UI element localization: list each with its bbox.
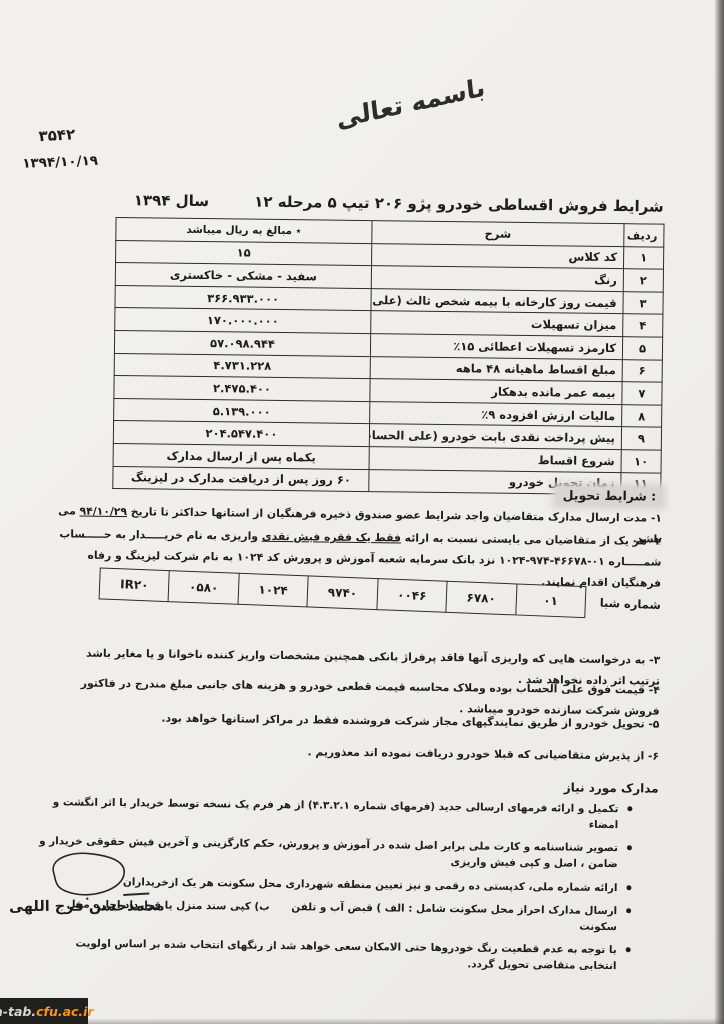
row-number-cell: ۹ xyxy=(621,427,661,450)
description-cell: شروع اقساط xyxy=(369,447,621,473)
description-cell: پیش پرداخت نقدی بابت خودرو (علی الحساب) xyxy=(369,424,621,450)
sheba-cell: ۰۰۴۶ xyxy=(376,578,447,613)
row-number-cell: ۸ xyxy=(622,404,662,427)
value-cell: ۴.۷۳۱.۲۲۸ xyxy=(114,353,370,379)
bank-account-number: ۱۰۲۴-۹۷۴-۴۶۶۷۸-۰۱ xyxy=(499,554,605,568)
document-sheet: باسمه تعالی ۳۵۴۲ ۱۳۹۴/۱۰/۱۹ شرایط فروش ا… xyxy=(0,0,724,1024)
sheba-cell: ۱۰۲۴ xyxy=(237,573,308,608)
value-cell: سفید - مشکی - خاکستری xyxy=(115,263,371,289)
sheba-cell: ۶۷۸۰ xyxy=(445,581,516,616)
scanned-document-page: باسمه تعالی ۳۵۴۲ ۱۳۹۴/۱۰/۱۹ شرایط فروش ا… xyxy=(0,0,724,1024)
handwritten-ref-number: ۳۵۴۲ xyxy=(38,125,76,145)
scan-bottom-shadow xyxy=(0,1018,724,1024)
bismillah-calligraphy: باسمه تعالی xyxy=(335,72,486,133)
sheba-cell: ۰۱ xyxy=(515,583,587,618)
description-cell: بیمه عمر مانده بدهکار xyxy=(370,379,622,405)
row-number-cell: ۱۰ xyxy=(621,450,661,473)
sheba-cell: IR۲۰ xyxy=(99,567,170,602)
note2-text-pre: ۲- هر یک از متقاضیان می بایستی نسبت به ا… xyxy=(401,531,662,547)
row-number-cell: ۶ xyxy=(622,359,662,382)
description-cell: قیمت روز کارخانه با بیمه شخص ثالث (علی ا… xyxy=(371,288,623,314)
watermark-domain: cfu.ac.ir xyxy=(36,1004,94,1019)
row-number-cell: ۱ xyxy=(623,246,663,269)
value-cell: ۱۷۰.۰۰۰.۰۰۰ xyxy=(115,308,371,334)
value-cell: ۵.۱۳۹.۰۰۰ xyxy=(114,398,370,424)
col-header-row-number: ردیف xyxy=(624,224,664,247)
note1-text-pre: ۱- مدت ارسال مدارک متقاضیان واجد شرایط ع… xyxy=(127,505,662,525)
value-cell: ۳۶۶.۹۳۳.۰۰۰ xyxy=(115,285,371,311)
row-number-cell: ۵ xyxy=(622,337,662,360)
col-header-description: شرح xyxy=(372,221,624,247)
sheba-cell: ۰۵۸۰ xyxy=(168,570,239,605)
required-document-text: ارائه شماره ملی، کدپستی ده رقمی و نیز تع… xyxy=(123,874,618,896)
installment-terms-table: ردیف شرح ٭ مبالغ به ریال میباشد ۱کد کلاس… xyxy=(112,217,664,496)
required-document-text: با توجه به عدم قطعیت رنگ خودروها حتی الا… xyxy=(34,935,616,974)
bullet-dot-icon xyxy=(627,846,632,851)
description-cell: کد کلاس xyxy=(372,243,624,269)
description-cell: رنگ xyxy=(371,266,623,292)
required-document-item: تکمیل و ارائه فرمهای ارسالی جدید (فرمهای… xyxy=(36,794,632,834)
delivery-note-6: ۶- از پذیرش متقاضیانی که قبلا خودرو دریا… xyxy=(52,738,659,766)
signatory-name: محمدحسن فرج اللهی xyxy=(9,898,165,915)
sheba-label: شماره شبا xyxy=(599,596,661,612)
bullet-dot-icon xyxy=(626,885,631,890)
value-cell: ۲.۴۷۵.۴۰۰ xyxy=(114,376,370,402)
sheba-cell: ۹۷۴۰ xyxy=(307,575,378,610)
bullet-dot-icon xyxy=(627,806,632,811)
value-cell: ۲۰۴.۵۴۷.۴۰۰ xyxy=(113,421,369,447)
signature-scribble xyxy=(31,848,136,901)
description-cell: میزان تسهیلات xyxy=(371,311,623,337)
row-number-cell: ۲ xyxy=(623,269,663,292)
watermark-prefix: a-tab. xyxy=(0,1004,36,1019)
bullet-dot-icon xyxy=(626,908,631,913)
required-document-item: با توجه به عدم قطعیت رنگ خودروها حتی الا… xyxy=(34,935,630,975)
required-documents-heading: مدارک مورد نیاز xyxy=(564,780,659,795)
scan-edge-shadow xyxy=(714,0,724,1024)
title-row: شرایط فروش اقساطی خودرو پژو ۲۰۶ تیپ ۵ مر… xyxy=(116,191,664,216)
description-cell: مالیات ارزش افزوده ۹٪ xyxy=(370,401,622,427)
site-watermark: a-tab.cfu.ac.ir xyxy=(0,998,88,1024)
delivery-conditions-heading: شرایط تحویل : xyxy=(557,486,663,505)
value-cell: ۱۵ xyxy=(116,240,372,266)
value-cell: یکماه پس از ارسال مدارک xyxy=(113,443,369,469)
description-cell: مبلغ اقساط ماهیانه ۴۸ ماهه xyxy=(370,356,622,382)
row-number-cell: ۴ xyxy=(623,314,663,337)
document-title: شرایط فروش اقساطی خودرو پژو ۲۰۶ تیپ ۵ مر… xyxy=(254,193,664,216)
value-cell: ۵۷.۰۹۸.۹۴۴ xyxy=(114,330,370,356)
handwritten-date: ۱۳۹۴/۱۰/۱۹ xyxy=(22,153,98,172)
value-cell: ۶۰ روز پس از دریافت مدارک در لیزینگ xyxy=(113,466,369,492)
document-year: سال ۱۳۹۴ xyxy=(134,191,209,210)
bullet-dot-icon xyxy=(626,947,631,952)
required-document-text: تکمیل و ارائه فرمهای ارسالی جدید (فرمهای… xyxy=(36,794,618,833)
col-header-amount-note: ٭ مبالغ به ریال میباشد xyxy=(116,217,372,243)
note1-deadline-date: ۹۴/۱۰/۲۹ xyxy=(80,505,128,519)
row-number-cell: ۷ xyxy=(622,382,662,405)
row-number-cell: ۳ xyxy=(623,291,663,314)
description-cell: کارمزد تسهیلات اعطائی ۱۵٪ xyxy=(370,334,622,360)
note2-single-slip-emphasis: فقط یک فقره فیش نقدی xyxy=(262,530,401,545)
